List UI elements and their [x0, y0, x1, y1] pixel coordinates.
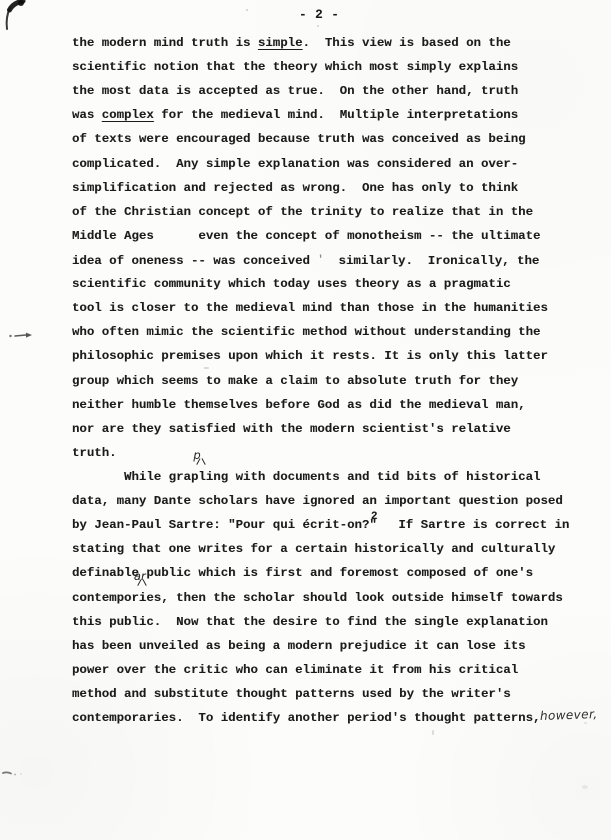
- typed-segment: the modern mind truth is: [72, 36, 258, 50]
- text-line: by Jean-Paul Sartre: "Pour qui écrit-on?…: [72, 513, 592, 537]
- typed-segment: data, many Dante scholars have ignored a…: [72, 494, 563, 508]
- typed-segment: group which seems to make a claim to abs…: [72, 374, 518, 388]
- scan-speck: [317, 25, 319, 27]
- margin-pencil-mark: [8, 330, 36, 342]
- text-line: power over the critic who can eliminate …: [72, 658, 592, 682]
- typed-segment: truth.: [72, 446, 117, 460]
- typed-segment: was: [72, 108, 102, 122]
- footnote-superscript: 2: [371, 505, 378, 529]
- typed-segment: contempor: [72, 591, 139, 605]
- typed-segment: simple: [258, 36, 303, 50]
- text-line: data, many Dante scholars have ignored a…: [72, 489, 592, 513]
- typed-segment: Middle Ages even the concept of monothei…: [72, 229, 540, 243]
- typed-segment: ling with documents and tid bits of hist…: [198, 470, 540, 484]
- typed-segment: scientific community which today uses th…: [72, 277, 511, 291]
- typed-segment: similarly. Ironically, the: [324, 254, 540, 268]
- text-line: contemporaries, then the scholar should …: [72, 586, 592, 610]
- text-line: the most data is accepted as true. On th…: [72, 79, 592, 103]
- text-line: scientific community which today uses th…: [72, 272, 592, 296]
- typed-segment: simplification and rejected as wrong. On…: [72, 181, 518, 195]
- text-line: of the Christian concept of the trinity …: [72, 200, 592, 224]
- typed-segment: If Sartre is correct in: [383, 518, 569, 532]
- scan-speck: [246, 9, 248, 11]
- text-line: group which seems to make a claim to abs…: [72, 369, 592, 393]
- typed-segment: ies, then the scholar should look outsid…: [139, 591, 563, 605]
- text-line: nor are they satisfied with the modern s…: [72, 417, 592, 441]
- text-line: truth.: [72, 441, 592, 465]
- typed-segment: neither humble themselves before God as …: [72, 398, 526, 412]
- typed-segment: complicated. Any simple explanation was …: [72, 157, 518, 171]
- text-line: definable public which is first and fore…: [72, 561, 592, 585]
- text-line: tool is closer to the medieval mind than…: [72, 296, 592, 320]
- text-line: philosophic premises upon which it rests…: [72, 344, 592, 368]
- text-line: Middle Ages even the concept of monothei…: [72, 224, 592, 248]
- typed-segment: scientific notion that the theory which …: [72, 60, 518, 74]
- scan-speck: [582, 785, 588, 789]
- text-line: of texts were encouraged because truth w…: [72, 127, 592, 151]
- corner-fold-mark: [0, 0, 38, 40]
- text-line: idea of oneness -- was conceived ' simil…: [72, 248, 592, 272]
- typed-segment: method and substitute thought patterns u…: [72, 687, 511, 701]
- typed-segment: idea of oneness -- was conceived: [72, 254, 317, 268]
- typed-segment: the most data is accepted as true. On th…: [72, 84, 518, 98]
- typed-segment: complex: [102, 108, 154, 122]
- text-line: method and substitute thought patterns u…: [72, 682, 592, 706]
- typed-text: the modern mind truth is simple. This vi…: [72, 31, 592, 730]
- text-line: was complex for the medieval mind. Multi…: [72, 103, 592, 127]
- typed-segment: for the medieval mind. Multiple interpre…: [154, 108, 518, 122]
- typed-segment: of texts were encouraged because truth w…: [72, 132, 526, 146]
- text-line: While grappling with documents and tid b…: [72, 465, 592, 489]
- text-line: neither humble themselves before God as …: [72, 393, 592, 417]
- typed-segment: . This view is based on the: [303, 36, 511, 50]
- typed-segment: has been unveiled as being a modern prej…: [72, 639, 526, 653]
- document-page: - 2 - the modern mind truth is simple. T…: [0, 0, 611, 840]
- text-line: complicated. Any simple explanation was …: [72, 152, 592, 176]
- typed-segment: who often mimic the scientific method wi…: [72, 325, 540, 339]
- typed-segment: contemporaries. To identify another peri…: [72, 711, 540, 725]
- typed-segment: by Jean-Paul Sartre: "Pour qui écrit-on?…: [72, 518, 377, 532]
- scan-speck: [204, 367, 209, 369]
- text-line: who often mimic the scientific method wi…: [72, 320, 592, 344]
- typed-segment: of the Christian concept of the trinity …: [72, 205, 533, 219]
- typed-segment: nor are they satisfied with the modern s…: [72, 422, 511, 436]
- typed-segment: While grap: [72, 470, 198, 484]
- text-line: scientific notion that the theory which …: [72, 55, 592, 79]
- text-line: simplification and rejected as wrong. On…: [72, 176, 592, 200]
- typed-segment: power over the critic who can eliminate …: [72, 663, 518, 677]
- typed-segment: tool is closer to the medieval mind than…: [72, 301, 548, 315]
- scan-speck: [584, 722, 587, 724]
- text-line: has been unveiled as being a modern prej…: [72, 634, 592, 658]
- text-line: the modern mind truth is simple. This vi…: [72, 31, 592, 55]
- text-line: contemporaries. To identify another peri…: [72, 706, 592, 730]
- scan-speck: [432, 730, 434, 735]
- typed-segment: philosophic premises upon which it rests…: [72, 349, 548, 363]
- page-number: - 2 -: [299, 8, 339, 22]
- bottom-left-smudge: [0, 764, 34, 784]
- text-line: this public. Now that the desire to find…: [72, 610, 592, 634]
- typed-segment: stating that one writes for a certain hi…: [72, 542, 555, 556]
- typed-segment: ': [317, 254, 323, 266]
- typed-segment: this public. Now that the desire to find…: [72, 615, 548, 629]
- text-line: stating that one writes for a certain hi…: [72, 537, 592, 561]
- handwritten-note: however,: [540, 707, 598, 723]
